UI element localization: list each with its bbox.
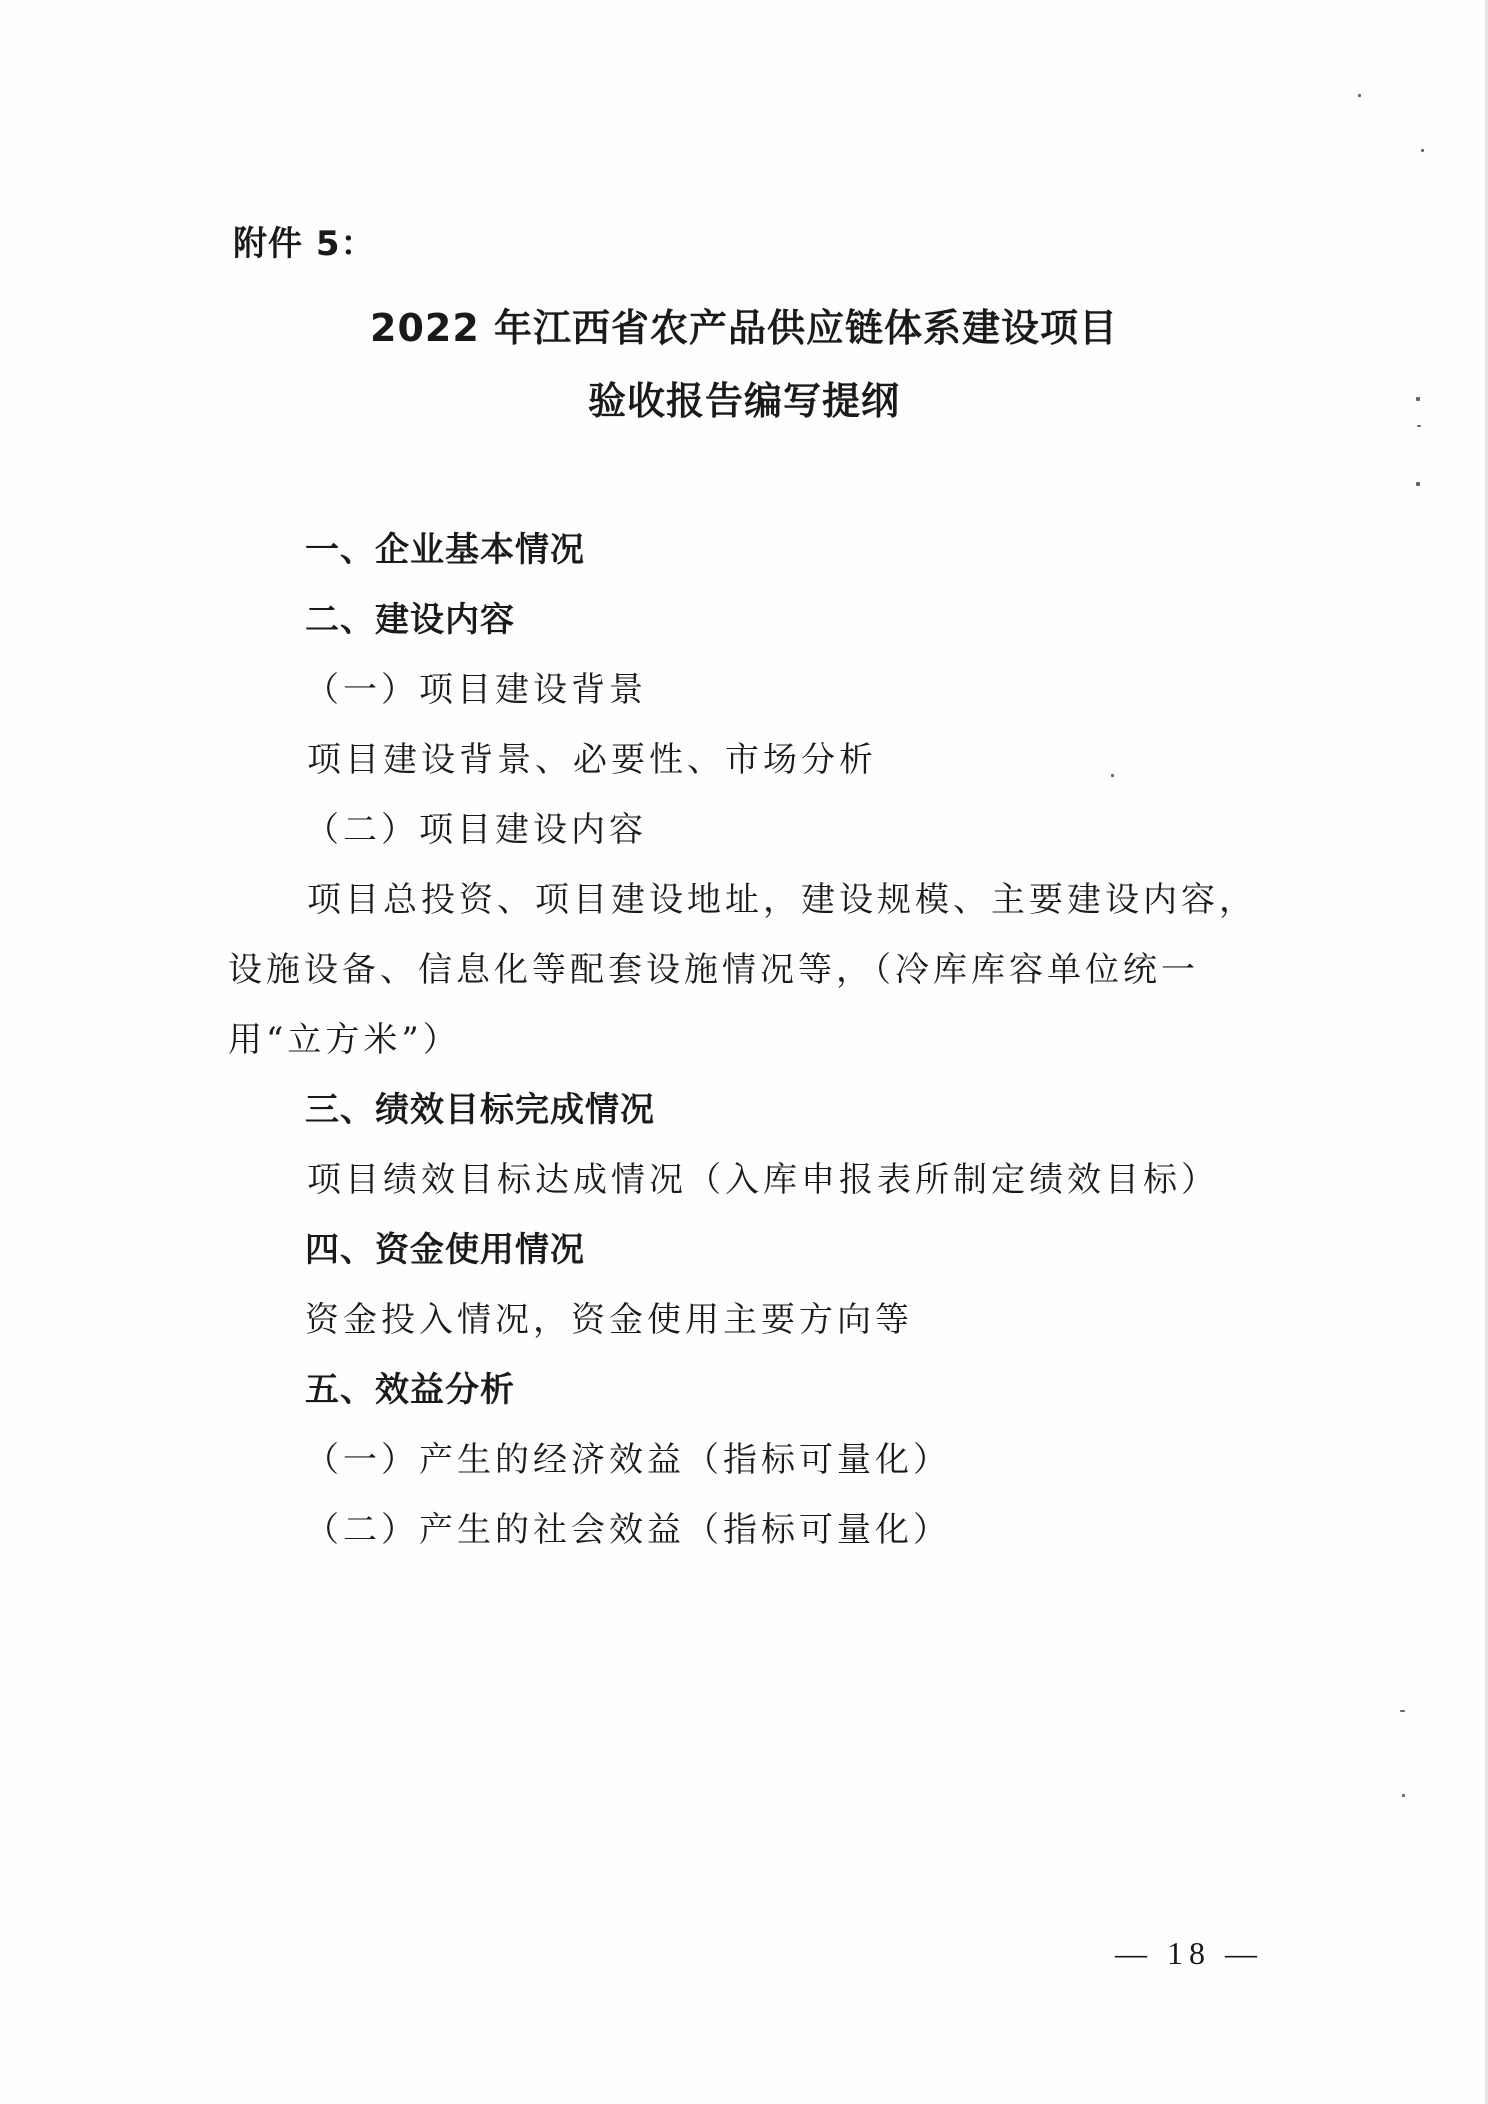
body-text: 项目绩效目标达成情况（入库申报表所制定绩效目标）	[307, 1160, 1219, 1200]
body-text: 资金投入情况，资金使用主要方向等	[305, 1300, 913, 1340]
document-page: 附件 5： 2022 年江西省农产品供应链体系建设项目 验收报告编写提纲 一、企…	[0, 0, 1488, 2104]
body-text: 设施设备、信息化等配套设施情况等，（冷库库容单位统一	[228, 950, 1199, 990]
body-text: 项目建设背景、必要性、市场分析	[307, 740, 877, 780]
subsection-heading-2-2: （二）项目建设内容	[305, 810, 647, 850]
section-heading-2: 二、建设内容	[305, 600, 515, 640]
attachment-label: 附件 5：	[233, 224, 376, 264]
body-text: 项目总投资、项目建设地址，建设规模、主要建设内容，	[307, 880, 1257, 920]
scan-speck	[1402, 1794, 1405, 1797]
subsection-heading-5-1: （一）产生的经济效益（指标可量化）	[305, 1440, 951, 1480]
body-text: 用“立方米”）	[228, 1020, 461, 1060]
scan-speck	[1417, 425, 1421, 427]
section-heading-1: 一、企业基本情况	[305, 530, 585, 570]
scan-speck	[1421, 149, 1424, 152]
scan-speck	[1416, 397, 1420, 401]
section-heading-3: 三、绩效目标完成情况	[305, 1090, 655, 1130]
subsection-heading-5-2: （二）产生的社会效益（指标可量化）	[305, 1510, 951, 1550]
scan-speck	[1358, 94, 1361, 97]
subsection-heading-2-1: （一）项目建设背景	[305, 670, 647, 710]
scan-speck	[1111, 774, 1114, 777]
section-heading-4: 四、资金使用情况	[305, 1230, 585, 1270]
section-heading-5: 五、效益分析	[305, 1370, 515, 1410]
document-title-line-2: 验收报告编写提纲	[0, 378, 1488, 424]
page-number: — 18 —	[1115, 1933, 1263, 1973]
document-title-line-1: 2022 年江西省农产品供应链体系建设项目	[0, 305, 1488, 351]
scan-speck	[1416, 482, 1420, 486]
scan-speck	[1400, 1710, 1405, 1712]
